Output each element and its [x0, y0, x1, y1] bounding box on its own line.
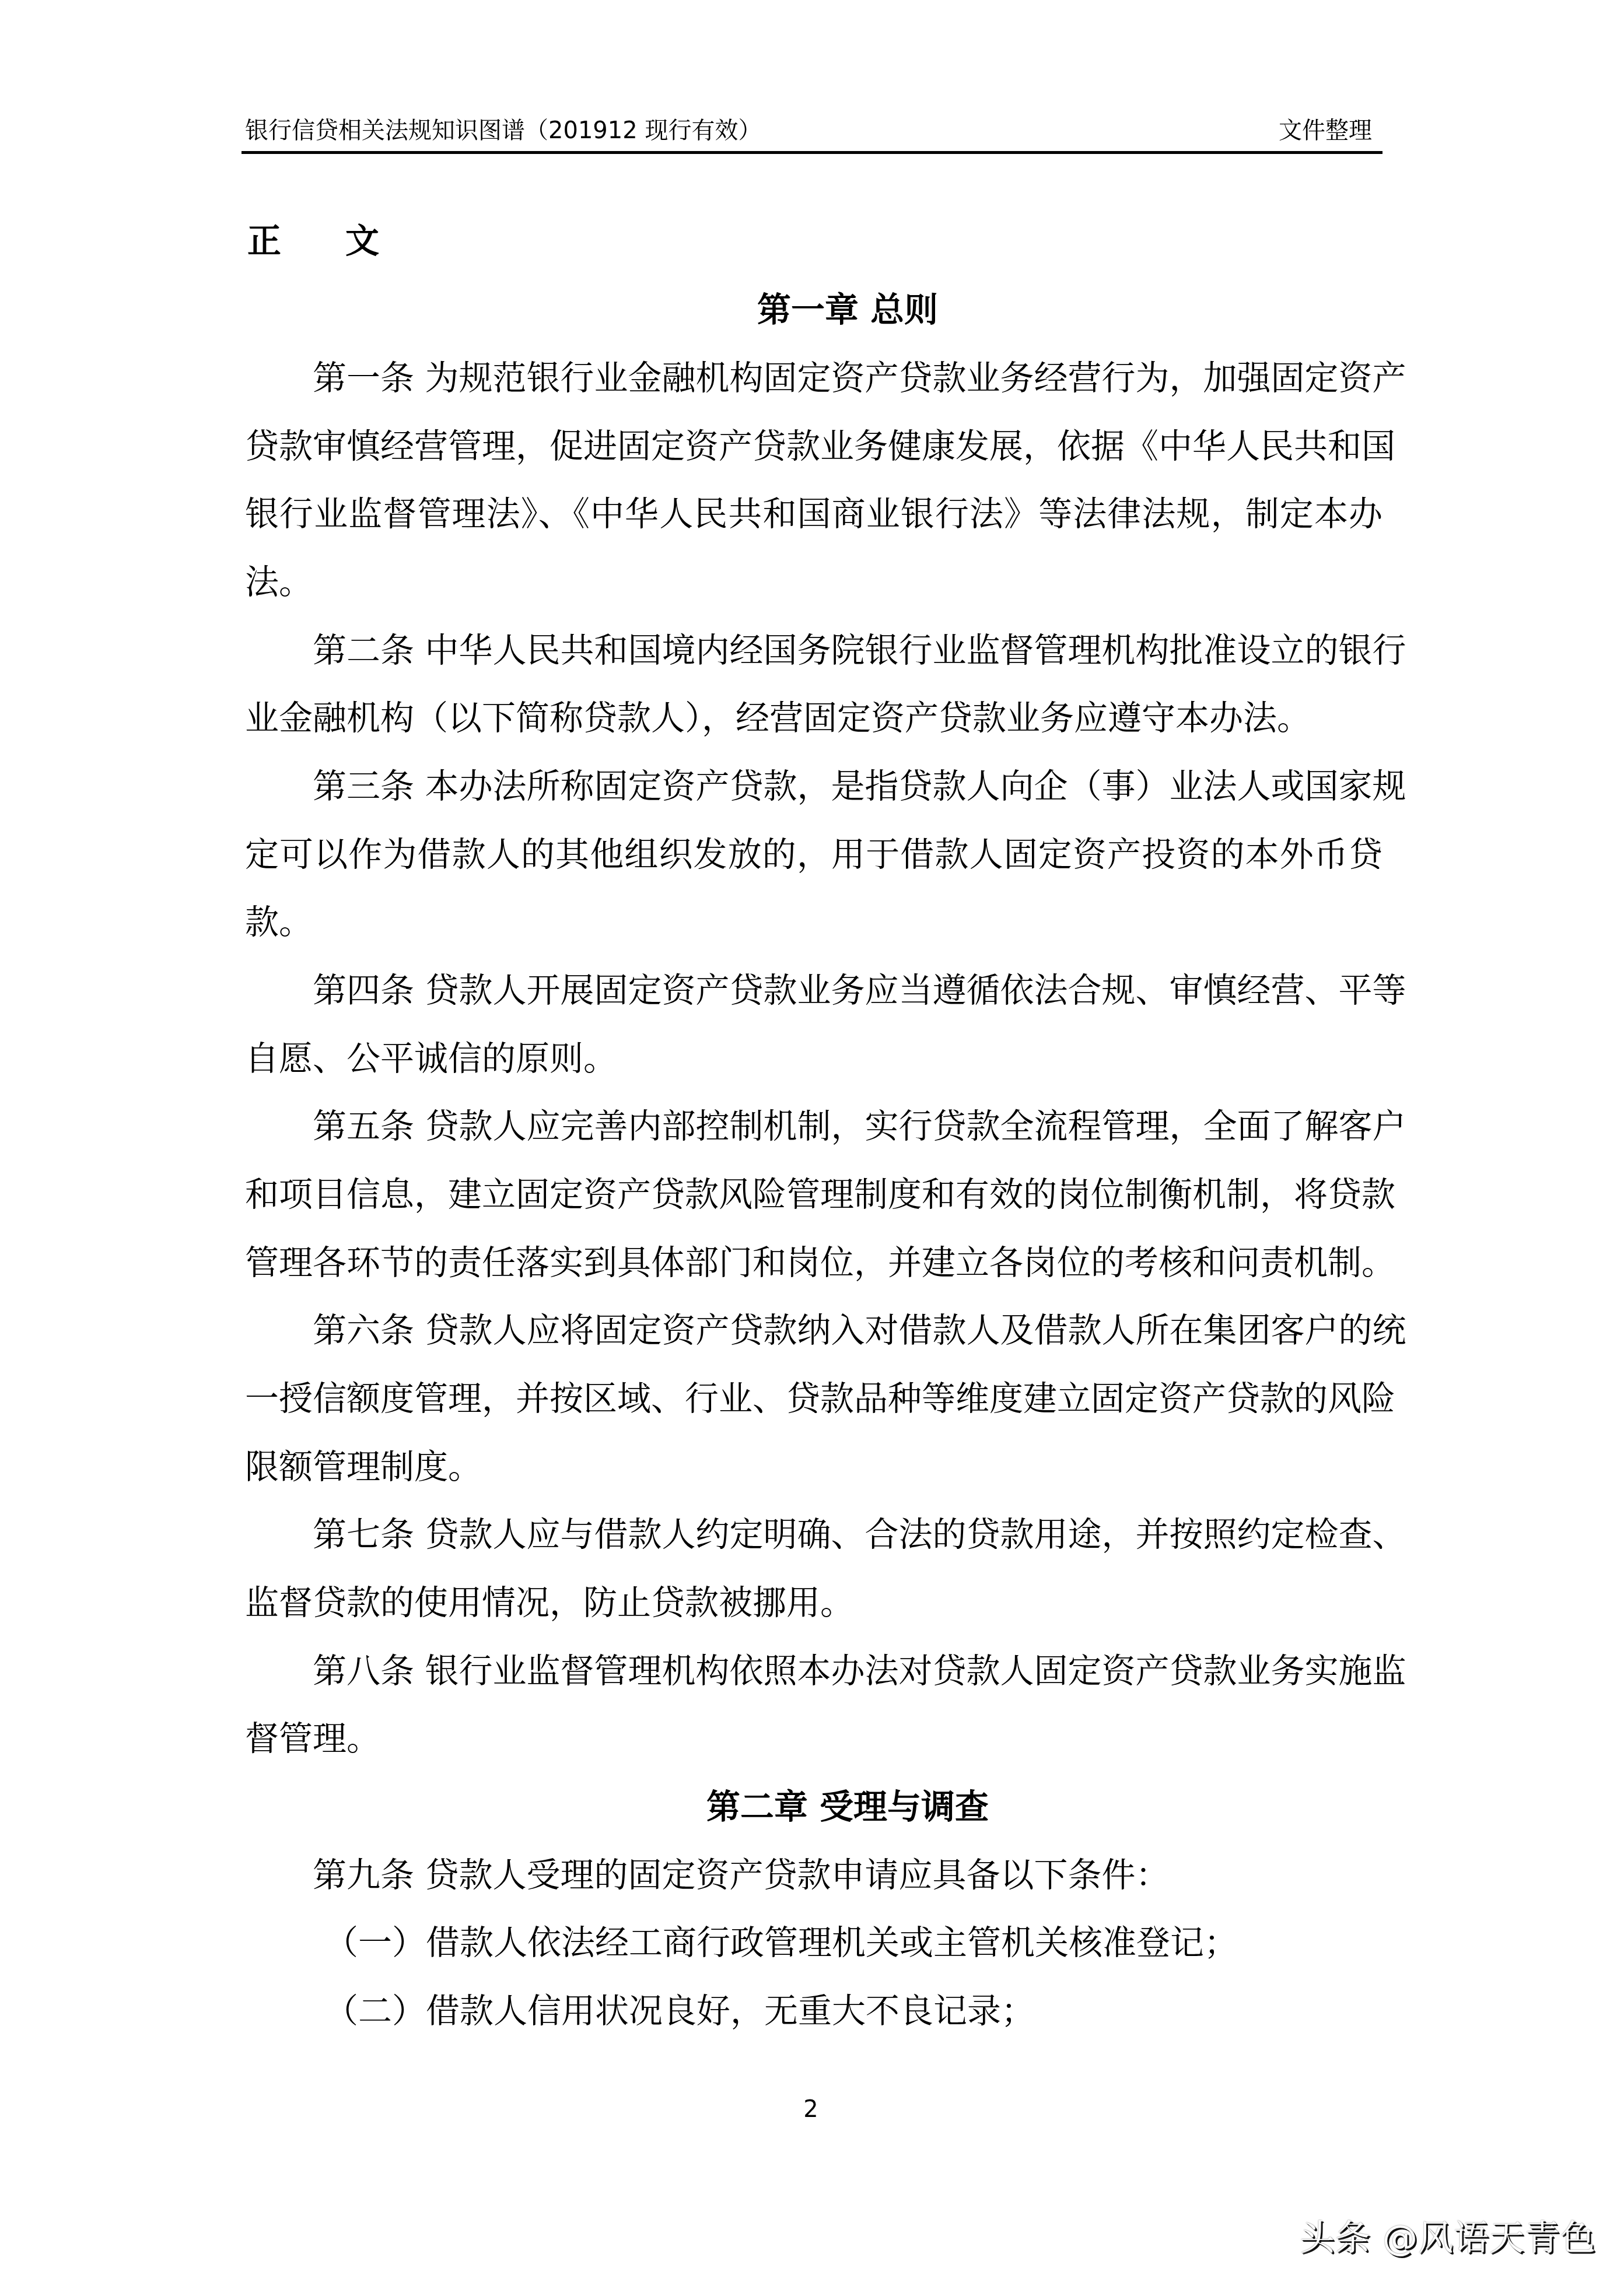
article-line: 第八条 银行业监督管理机构依照本办法对贷款人固定资产贷款业务实施监: [313, 1637, 1382, 1705]
article-line: 第四条 贷款人开展固定资产贷款业务应当遵循依法合规、审慎经营、平等: [313, 956, 1382, 1024]
article-line: 第六条 贷款人应将固定资产贷款纳入对借款人及借款人所在集团客户的统: [313, 1296, 1382, 1364]
article-line: 第九条 贷款人受理的固定资产贷款申请应具备以下条件：: [313, 1841, 1382, 1909]
article-line: 款。: [245, 888, 1382, 956]
article-line: 银行业监督管理法》、《中华人民共和国商业银行法》等法律法规，制定本办: [245, 480, 1382, 548]
article-line: 管理各环节的责任落实到具体部门和岗位，并建立各岗位的考核和问责机制。: [245, 1229, 1382, 1296]
header-divider: [242, 151, 1382, 154]
section-label-char-2: 文: [345, 207, 379, 275]
chapter-heading-1: 第一章 总则: [313, 276, 1382, 343]
article-line: 第三条 本办法所称固定资产贷款，是指贷款人向企（事）业法人或国家规: [313, 752, 1382, 820]
article-line: 第二条 中华人民共和国境内经国务院银行业监督管理机构批准设立的银行: [313, 616, 1382, 684]
source-watermark: 头条 @风语天青色: [1300, 2215, 1596, 2262]
header-right-label: 文件整理: [1279, 114, 1372, 147]
section-label-char-1: 正: [247, 207, 281, 275]
article-line: 法。: [245, 548, 1382, 616]
page-number: 2: [782, 2095, 840, 2124]
page-header: 银行信贷相关法规知识图谱（201912 现行有效） 文件整理: [245, 114, 1382, 147]
article-line: 第五条 贷款人应完善内部控制机制，实行贷款全流程管理，全面了解客户: [313, 1092, 1382, 1160]
condition-item-1: （一）借款人依法经工商行政管理机关或主管机关核准登记；: [324, 1909, 1238, 1976]
article-line: 定可以作为借款人的其他组织发放的，用于借款人固定资产投资的本外币贷: [245, 821, 1382, 888]
article-line: 监督贷款的使用情况，防止贷款被挪用。: [245, 1569, 1382, 1636]
article-line: 一授信额度管理，并按区域、行业、贷款品种等维度建立固定资产贷款的风险: [245, 1365, 1382, 1432]
article-line: 第一条 为规范银行业金融机构固定资产贷款业务经营行为，加强固定资产: [313, 344, 1382, 412]
section-label-main-text: 正文: [247, 207, 379, 275]
article-line: 限额管理制度。: [245, 1433, 1382, 1501]
article-line: 自愿、公平诚信的原则。: [245, 1025, 1382, 1092]
article-line: 和项目信息，建立固定资产贷款风险管理制度和有效的岗位制衡机制，将贷款: [245, 1161, 1382, 1228]
article-line: 贷款审慎经营管理，促进固定资产贷款业务健康发展，依据《中华人民共和国: [245, 412, 1382, 480]
article-line: 业金融机构（以下简称贷款人），经营固定资产贷款业务应遵守本办法。: [245, 684, 1382, 752]
document-title: 银行信贷相关法规知识图谱（201912 现行有效）: [245, 114, 761, 147]
article-line: 督管理。: [245, 1705, 1382, 1772]
condition-item-2: （二）借款人信用状况良好，无重大不良记录；: [324, 1977, 1035, 2045]
chapter-heading-2: 第二章 受理与调查: [313, 1773, 1382, 1841]
article-line: 第七条 贷款人应与借款人约定明确、合法的贷款用途，并按照约定检查、: [313, 1501, 1382, 1568]
